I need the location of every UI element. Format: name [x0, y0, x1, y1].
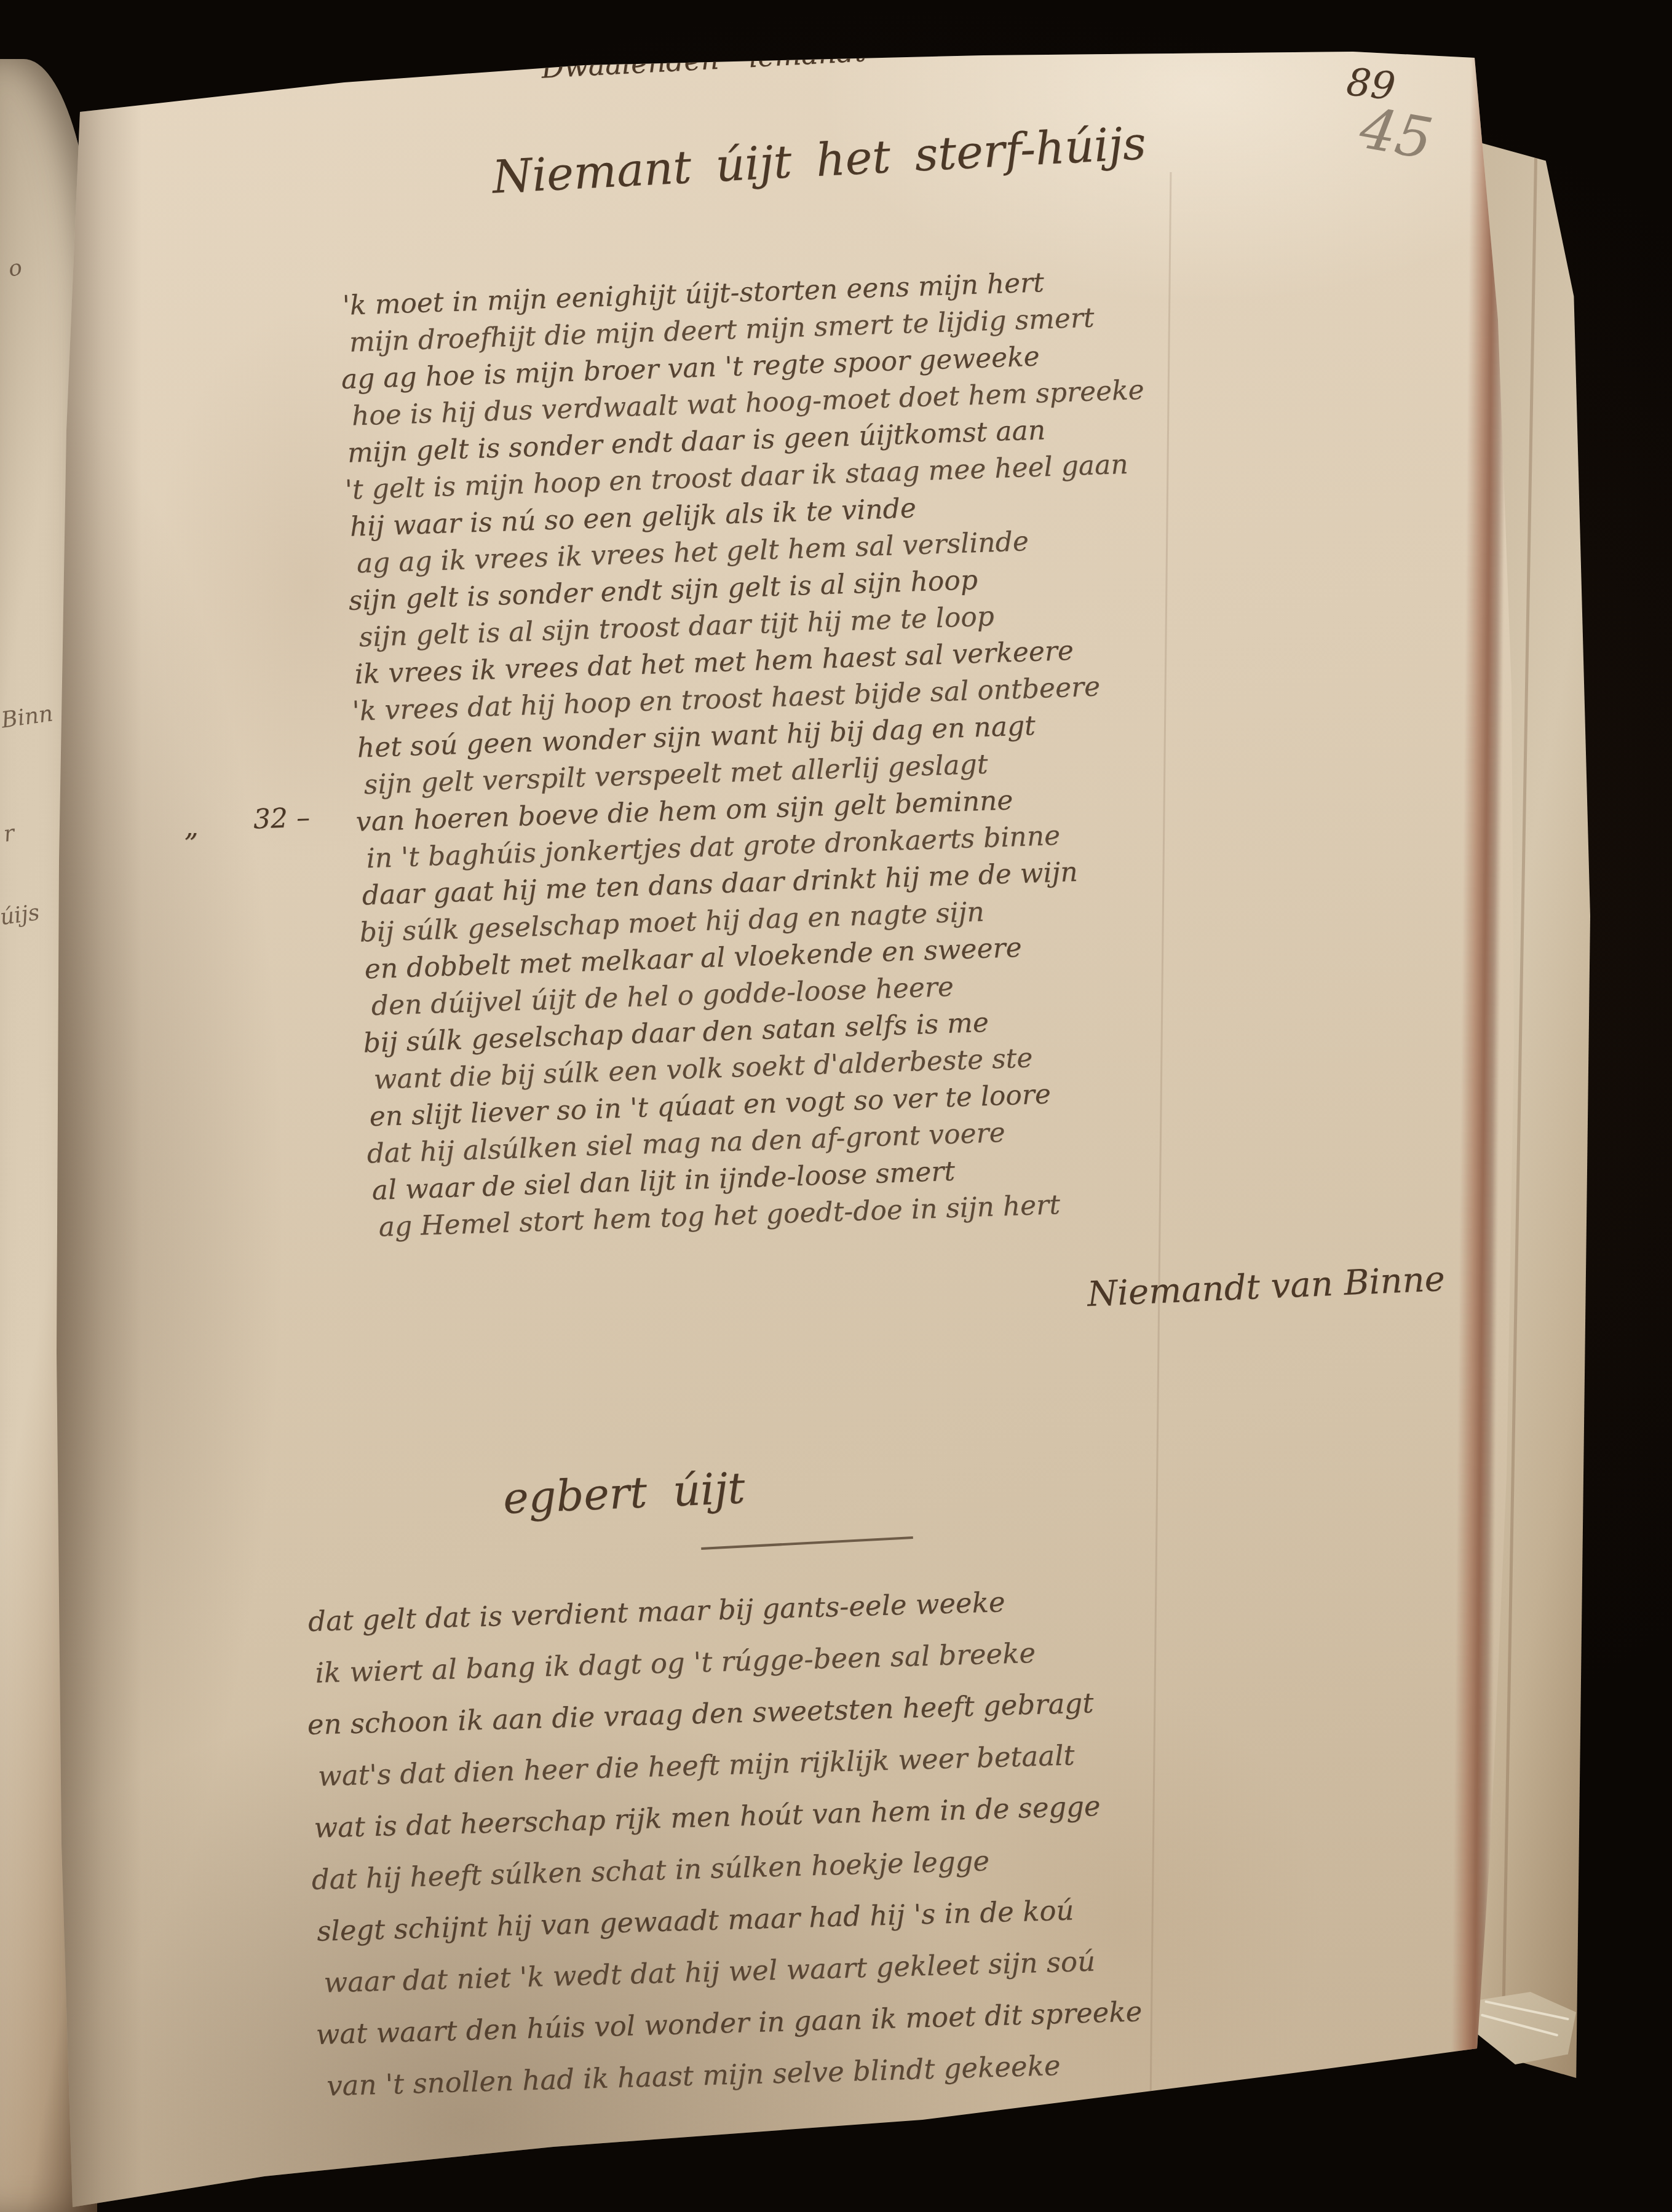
margin-mark: „ — [184, 812, 199, 843]
margin-stanza-number: 32 – — [253, 802, 311, 835]
page-number-pencil: 45 — [1355, 95, 1438, 173]
second-poem-title: egbert úijt — [502, 1463, 746, 1523]
edge-text-fragment: o — [7, 255, 23, 282]
poem-title: Niemant úijt het sterf-húijs — [491, 117, 1147, 204]
binding-thread — [1481, 2013, 1559, 2037]
manuscript-photo: o Binn r úijs Dwaalenden iemandt 89 45 N… — [0, 0, 1672, 2212]
edge-text-fragment: Binn — [0, 701, 55, 733]
edge-text-fragment: r — [2, 821, 16, 847]
poem-signature: Niemandt van Binne — [934, 1259, 1446, 1321]
poem-body: 'k moet in mijn eenighijt úijt-storten e… — [342, 251, 1480, 1246]
edge-text-fragment: úijs — [0, 900, 41, 931]
title-underline — [701, 1536, 913, 1550]
gutter-shadow — [55, 86, 141, 2212]
second-poem-body: dat gelt dat is verdient maar bij gants-… — [307, 1563, 1490, 2112]
manuscript-page: Dwaalenden iemandt 89 45 Niemant úijt he… — [0, 0, 1672, 2212]
running-header: Dwaalenden iemandt — [541, 34, 866, 85]
